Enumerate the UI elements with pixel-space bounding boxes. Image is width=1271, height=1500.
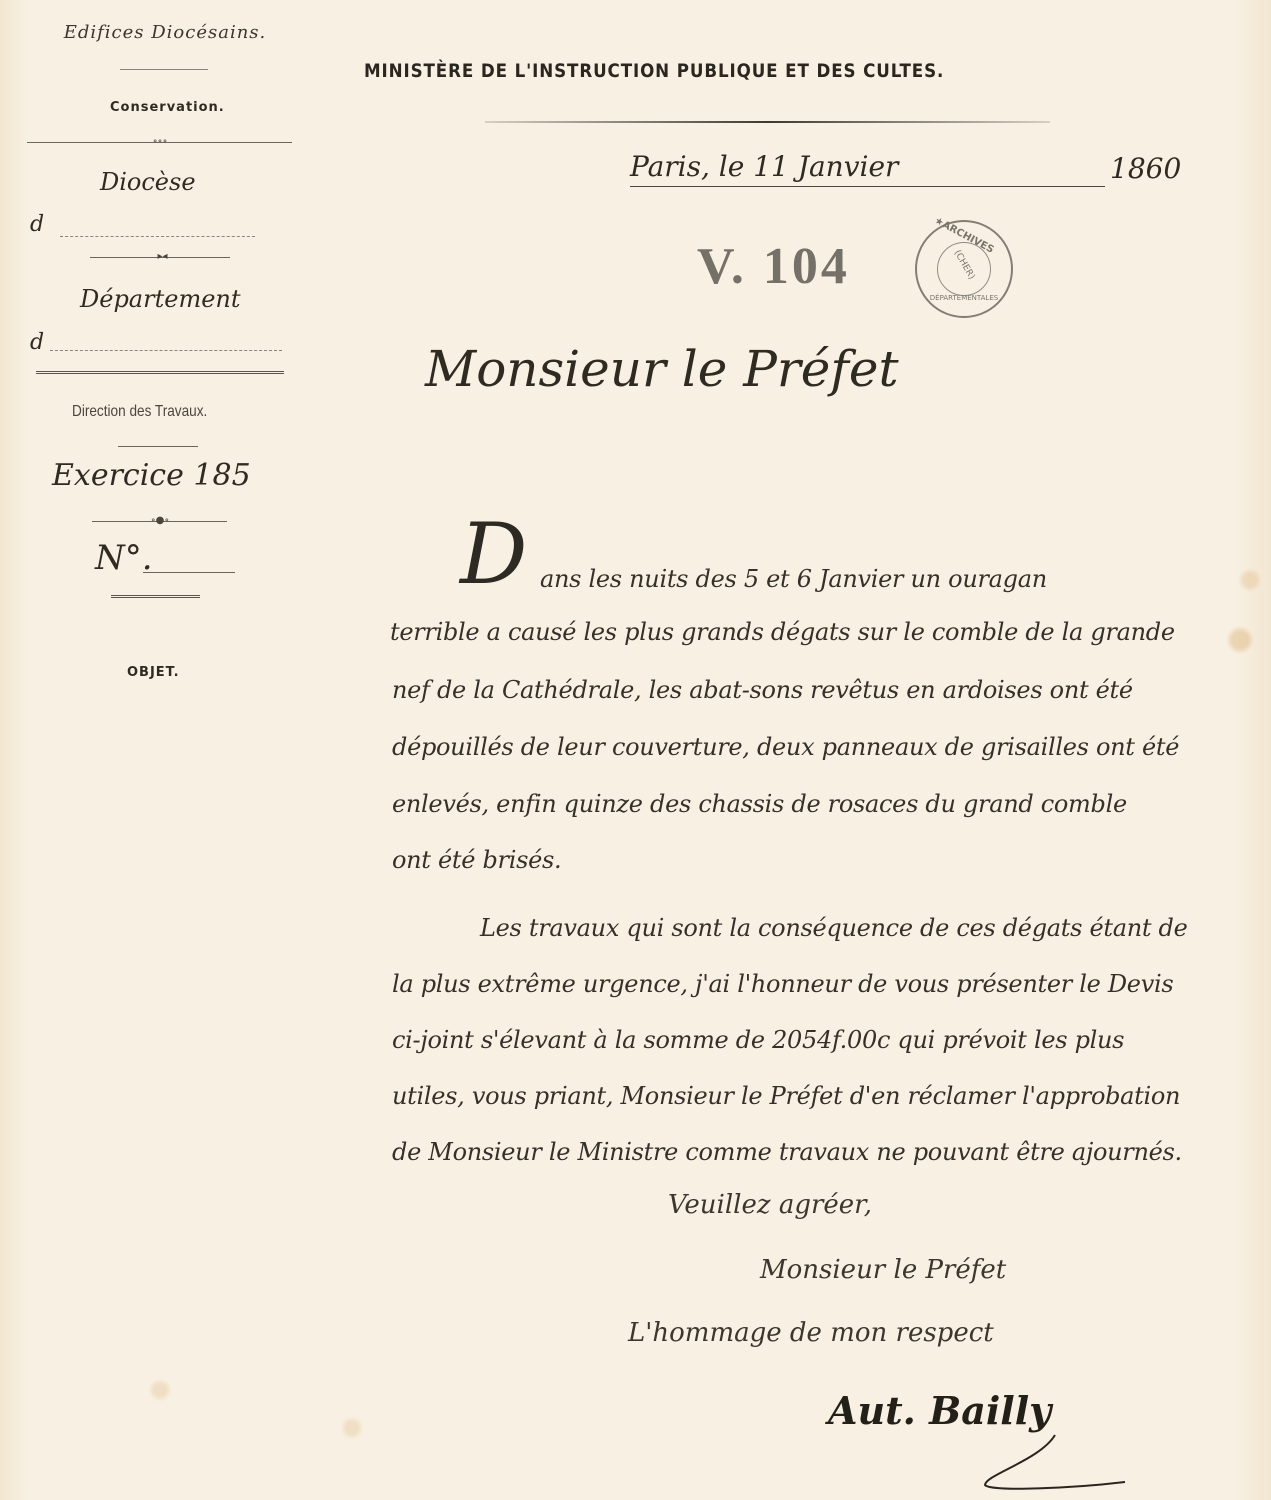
archive-stamp-icon: ★ARCHIVES (CHER) DÉPARTEMENTALES — [915, 220, 1013, 318]
date-line — [630, 186, 1105, 187]
place-date: Paris, le 11 Janvier — [630, 150, 898, 183]
divider — [118, 446, 198, 447]
paragraph1-line: dépouillés de leur couverture, deux pann… — [392, 733, 1179, 761]
paragraph2-line: Les travaux qui sont la conséquence de c… — [480, 914, 1188, 942]
closing-line: Veuillez agréer, — [668, 1190, 872, 1220]
edifices-diocesains-heading: Edifices Diocésains. — [40, 22, 290, 43]
double-divider — [36, 371, 284, 374]
signature-flourish-icon — [825, 1430, 1125, 1490]
ornament-icon: ∘∘∘ — [140, 137, 180, 147]
paragraph2-line: ci-joint s'élevant à la somme de 2054f.0… — [392, 1026, 1124, 1054]
salutation: Monsieur le Préfet — [425, 340, 899, 398]
closing-line: Monsieur le Préfet — [760, 1255, 1006, 1285]
direction-des-travaux-label: Direction des Travaux. — [72, 403, 207, 421]
departement-label: Département — [80, 285, 241, 313]
exercice-label: Exercice 185 — [52, 458, 251, 493]
paragraph2-line: utiles, vous priant, Monsieur le Préfet … — [392, 1082, 1180, 1110]
departement-field-line — [50, 350, 282, 351]
paragraph1-line: ont été brisés. — [392, 846, 561, 874]
signature: Aut. Bailly — [828, 1388, 1051, 1433]
diocese-label: Diocèse — [100, 168, 196, 196]
divider — [120, 69, 208, 70]
paragraph1-line: enlevés, enfin quinze des chassis de ros… — [392, 790, 1127, 818]
ornament-icon: ▸◂ — [150, 252, 175, 262]
stamp-bottom-text: DÉPARTEMENTALES — [927, 294, 1001, 302]
objet-label: OBJET. — [127, 665, 180, 680]
header-rule — [485, 121, 1050, 123]
year: 1860 — [1110, 152, 1181, 185]
ornament-icon: ∘●∘ — [145, 516, 175, 526]
conservation-heading: Conservation. — [110, 100, 225, 115]
ministere-heading: MINISTÈRE DE L'INSTRUCTION PUBLIQUE ET D… — [364, 60, 944, 82]
drop-cap: D — [460, 505, 527, 603]
paragraph1-line: nef de la Cathédrale, les abat-sons revê… — [392, 676, 1133, 704]
double-divider — [111, 595, 200, 598]
closing-line: L'hommage de mon respect — [628, 1318, 994, 1348]
departement-prefix: d — [30, 330, 44, 355]
paragraph1-line: ans les nuits des 5 et 6 Janvier un oura… — [540, 565, 1047, 593]
paragraph2-line: de Monsieur le Ministre comme travaux ne… — [392, 1138, 1182, 1166]
diocese-prefix: d — [30, 212, 44, 237]
numero-field-line — [143, 572, 235, 573]
paragraph1-line: terrible a causé les plus grands dégats … — [390, 618, 1175, 646]
archive-cote: V. 104 — [697, 237, 850, 296]
diocese-field-line — [60, 236, 255, 237]
paragraph2-line: la plus extrême urgence, j'ai l'honneur … — [392, 970, 1173, 998]
